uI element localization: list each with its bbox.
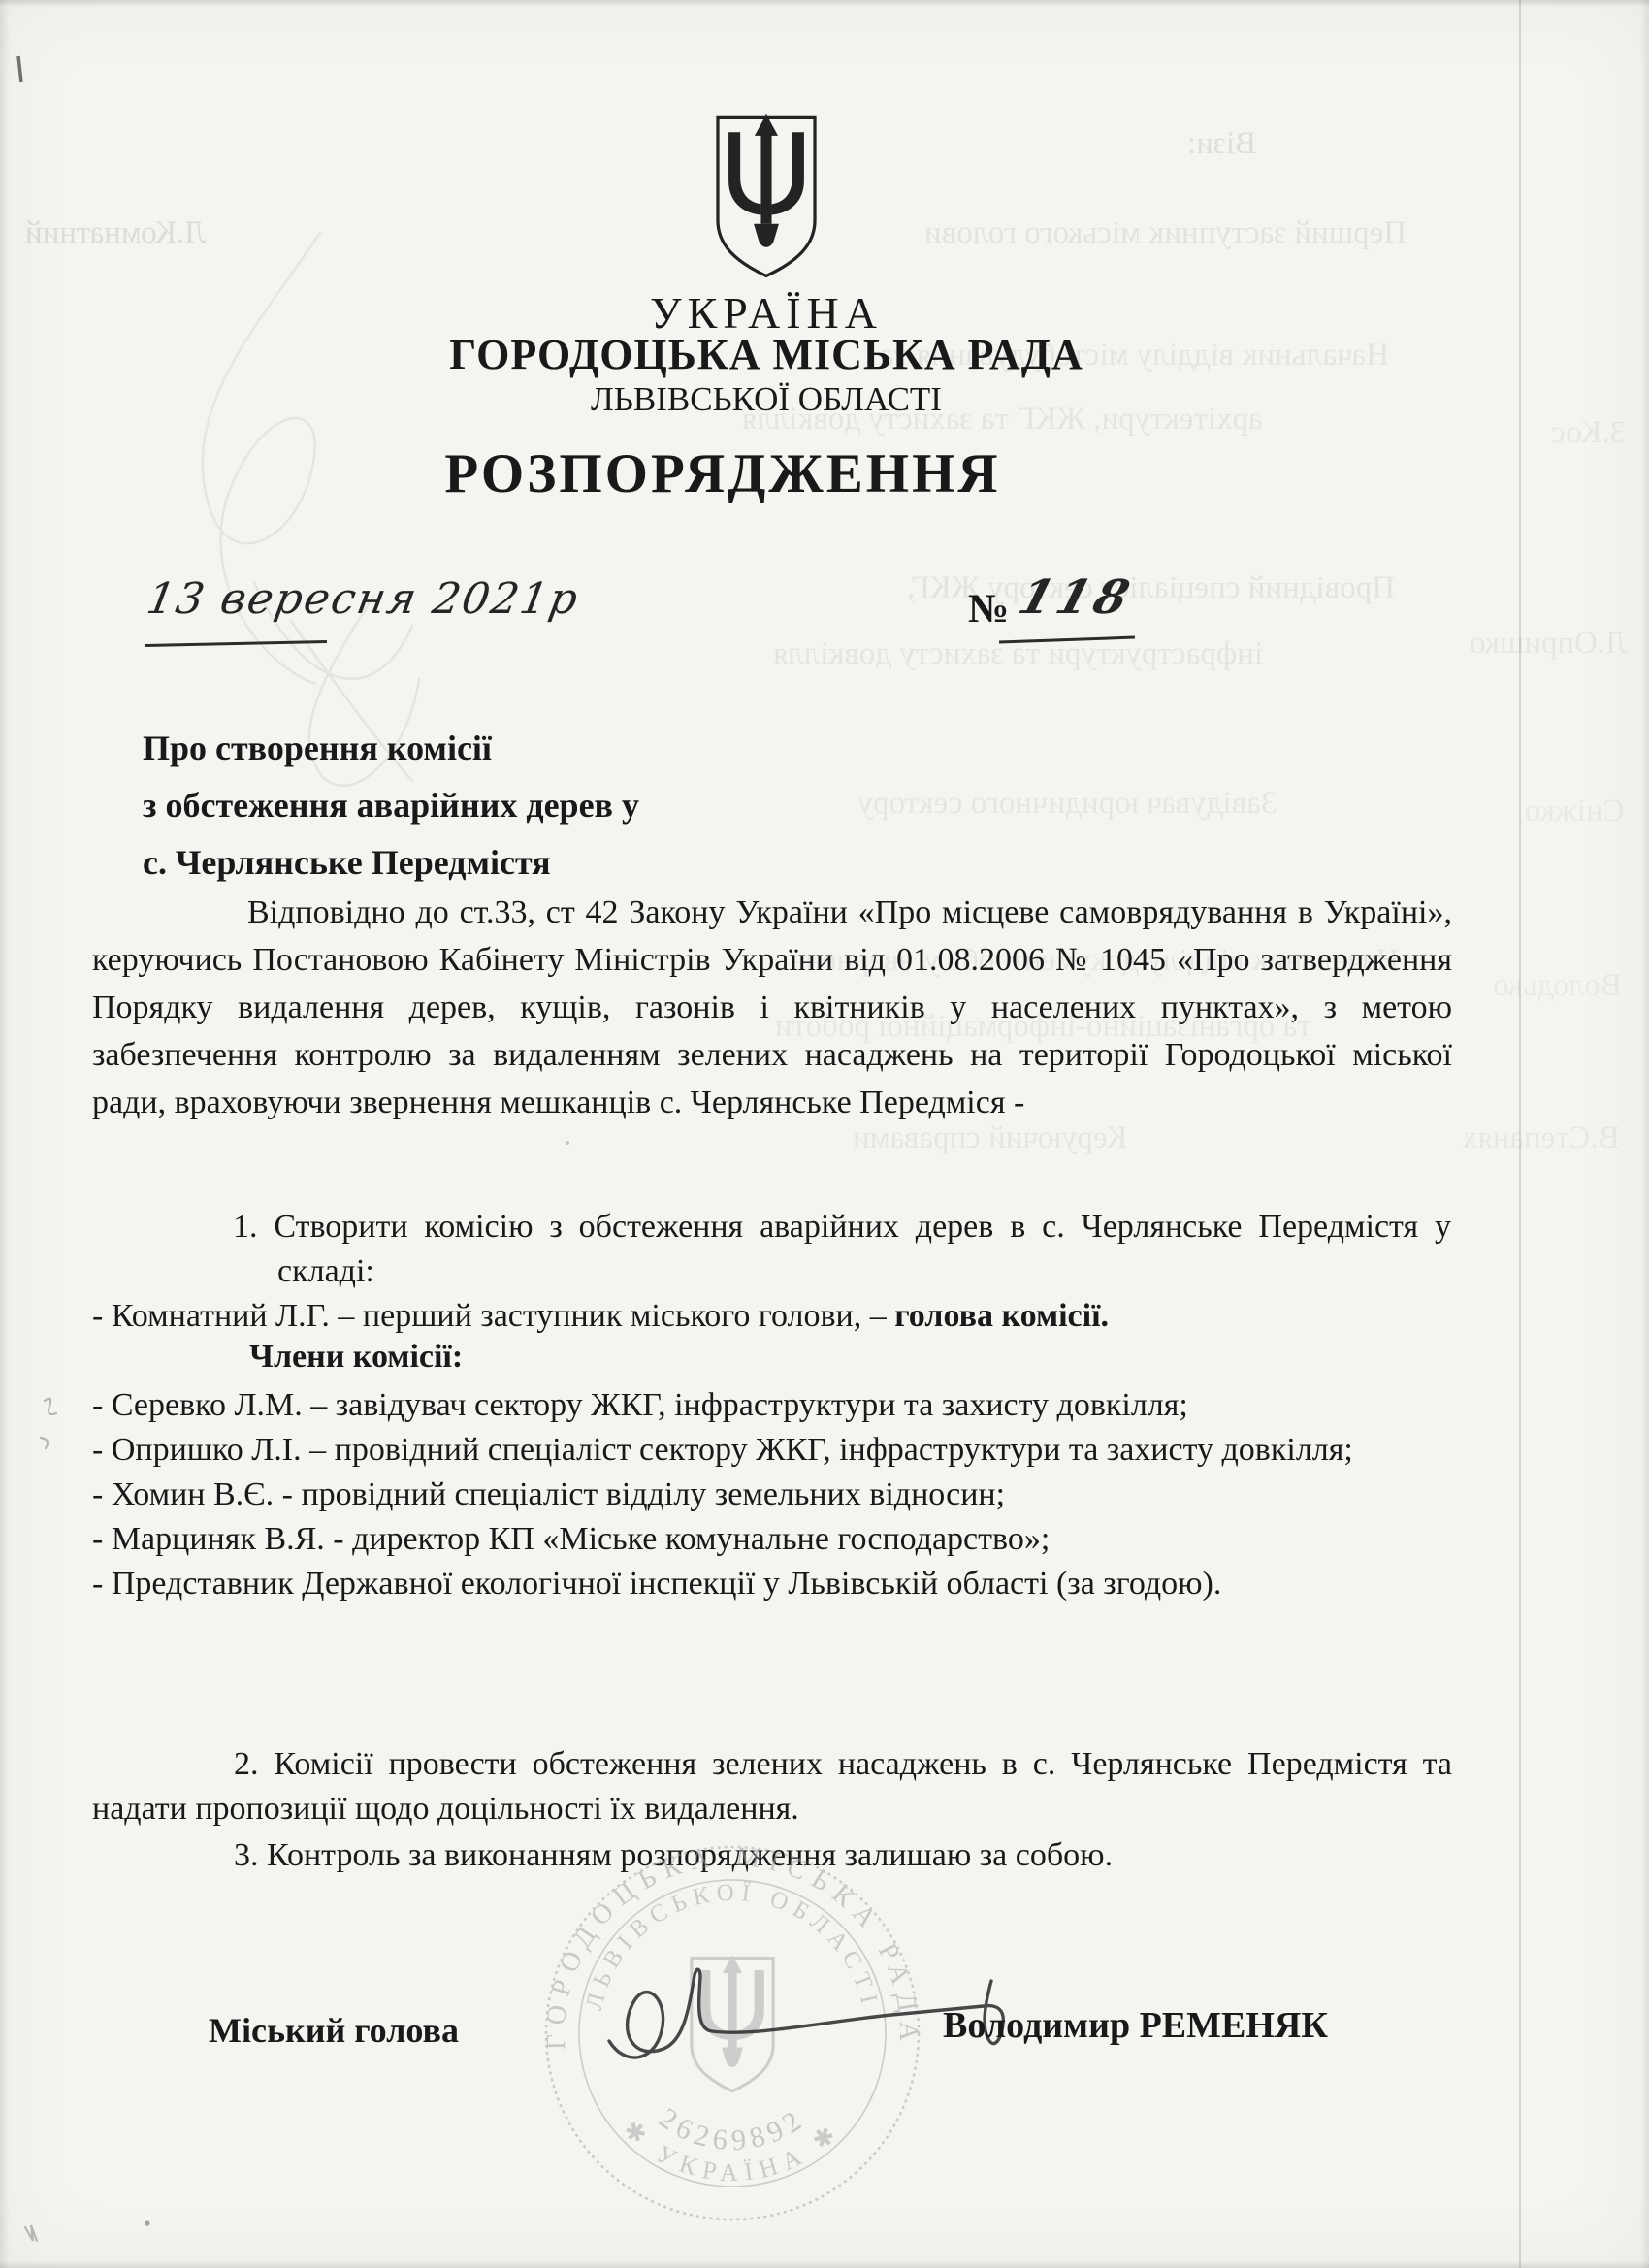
- intro-paragraph: Відповідно до ст.33, ст 42 Закону Україн…: [92, 889, 1452, 1126]
- members-heading: Члени комісії:: [249, 1339, 463, 1376]
- scanned-document-page: Візи: Перший заступник міського голови Л…: [0, 0, 1649, 2268]
- subject-line: с. Черлянське Передмістя: [143, 834, 880, 891]
- trident-emblem-icon: [710, 111, 823, 281]
- list-item-2: 2. Комісії провести обстеження зелених н…: [92, 1742, 1452, 1831]
- chair-role-bold: голова комісії.: [894, 1298, 1109, 1334]
- list-item: - Представник Державної екологічної інсп…: [92, 1562, 1452, 1606]
- subject-block: Про створення комісії з обстеження аварі…: [143, 720, 880, 891]
- region-subtitle: ЛЬВІВСЬКОЇ ОБЛАСТІ: [0, 380, 1533, 419]
- list-item-1: 1. Створити комісію з обстеження аварійн…: [233, 1205, 1451, 1294]
- page-fold-line: [1519, 0, 1521, 2268]
- handwritten-date: 13 вересня 2021р: [144, 574, 584, 624]
- list-item: - Марциняк В.Я. - директор КП «Міське ко…: [92, 1517, 1452, 1562]
- list-item: - Опришко Л.І. – провідний спеціаліст се…: [92, 1428, 1452, 1473]
- list-item: - Хомин В.Є. - провідний спеціаліст відд…: [92, 1473, 1452, 1517]
- council-title: ГОРОДОЦЬКА МІСЬКА РАДА: [0, 330, 1533, 379]
- commission-chair-line: - Комнатний Л.Г. – перший заступник місь…: [92, 1294, 1452, 1339]
- list-item: - Серевко Л.М. – завідувач сектору ЖКГ, …: [92, 1383, 1452, 1428]
- document-type-title: РОЗПОРЯДЖЕННЯ: [0, 442, 1445, 505]
- signer-name: Володимир РЕМЕНЯК: [943, 2004, 1328, 2047]
- subject-line: з обстеження аварійних дерев у: [143, 777, 880, 834]
- chair-line-text: - Комнатний Л.Г. – перший заступник місь…: [92, 1298, 894, 1334]
- members-list: - Серевко Л.М. – завідувач сектору ЖКГ, …: [92, 1383, 1452, 1606]
- handwritten-number: 118: [1013, 570, 1140, 625]
- number-sign: №: [968, 586, 1009, 632]
- subject-line: Про створення комісії: [143, 720, 880, 777]
- signer-title: Міський голова: [209, 2010, 459, 2051]
